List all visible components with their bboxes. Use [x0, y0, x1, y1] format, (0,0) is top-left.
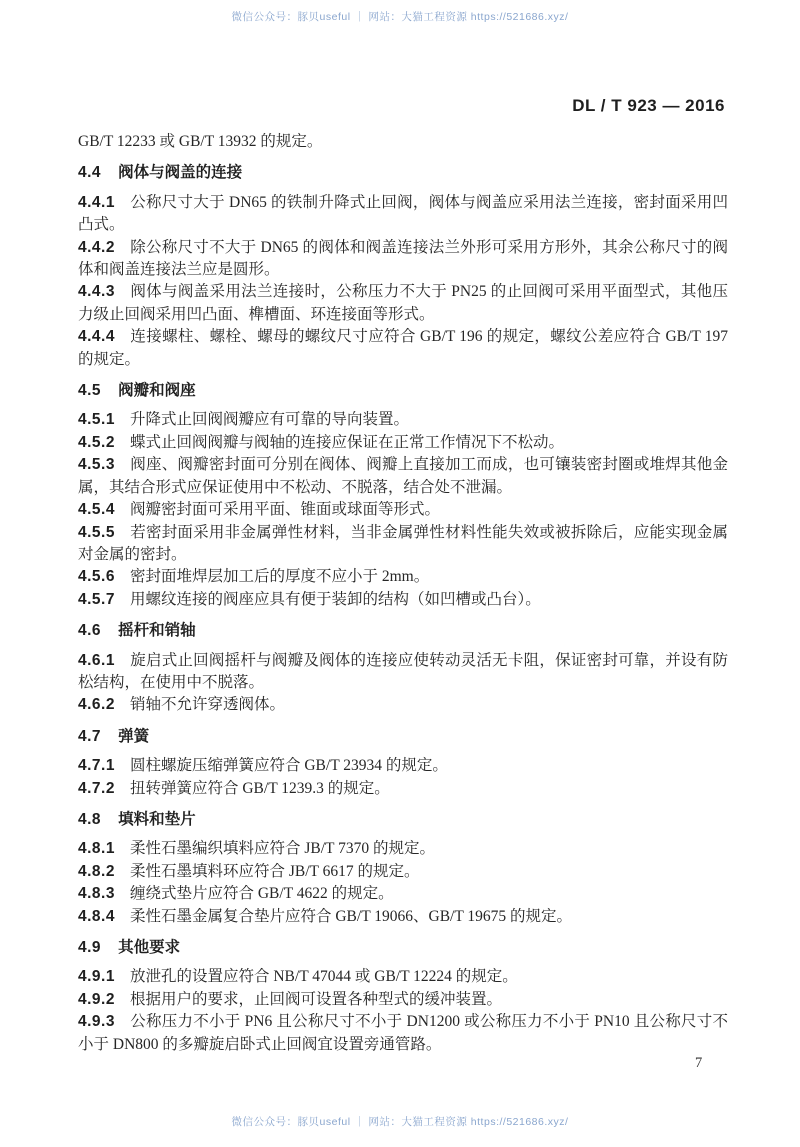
section-title: 其他要求	[118, 939, 180, 956]
clause-text: 旋启式止回阀摇杆与阀瓣及阀体的连接应使转动灵活无卡阻，保证密封可靠，并设有防松结…	[78, 652, 728, 691]
clause-number: 4.9.2	[78, 991, 115, 1008]
clause-number: 4.9.1	[78, 968, 115, 985]
clause: 4.5.6密封面堆焊层加工后的厚度不应小于 2mm。	[78, 566, 728, 588]
clause-number: 4.6.1	[78, 652, 115, 669]
page-number: 7	[695, 1055, 702, 1072]
clause-text: 柔性石墨金属复合垫片应符合 GB/T 19066、GB/T 19675 的规定。	[130, 908, 572, 925]
clause: 4.8.3缠绕式垫片应符合 GB/T 4622 的规定。	[78, 883, 728, 905]
clause-text: 圆柱螺旋压缩弹簧应符合 GB/T 23934 的规定。	[130, 757, 448, 774]
section-heading: 4.4阀体与阀盖的连接	[78, 162, 728, 184]
intro-line: GB/T 12233 或 GB/T 13932 的规定。	[78, 131, 728, 153]
clause: 4.9.2根据用户的要求，止回阀可设置各种型式的缓冲装置。	[78, 989, 728, 1011]
clause-text: 密封面堆焊层加工后的厚度不应小于 2mm。	[130, 568, 429, 585]
clause: 4.5.1升降式止回阀阀瓣应有可靠的导向装置。	[78, 409, 728, 431]
clause-text: 扭转弹簧应符合 GB/T 1239.3 的规定。	[130, 780, 390, 797]
clause-text: 用螺纹连接的阀座应具有便于装卸的结构（如凹槽或凸台）。	[130, 591, 541, 608]
section-number: 4.9	[78, 939, 101, 956]
clause-text: 缠绕式垫片应符合 GB/T 4622 的规定。	[130, 885, 394, 902]
clause-text: 柔性石墨填料环应符合 JB/T 6617 的规定。	[130, 863, 420, 880]
clause-text: 阀座、阀瓣密封面可分别在阀体、阀瓣上直接加工而成，也可镶装密封圈或堆焊其他金属，…	[78, 456, 728, 495]
clause-number: 4.7.2	[78, 780, 115, 797]
clause-number: 4.8.1	[78, 840, 115, 857]
clause: 4.5.2蝶式止回阀阀瓣与阀轴的连接应保证在正常工作情况下不松动。	[78, 432, 728, 454]
section-number: 4.7	[78, 728, 101, 745]
clause: 4.7.1圆柱螺旋压缩弹簧应符合 GB/T 23934 的规定。	[78, 755, 728, 777]
section-number: 4.6	[78, 622, 101, 639]
section-heading: 4.6摇杆和销轴	[78, 620, 728, 642]
clause: 4.5.4阀瓣密封面可采用平面、锥面或球面等形式。	[78, 499, 728, 521]
clause: 4.6.2销轴不允许穿透阀体。	[78, 694, 728, 716]
document-body: GB/T 12233 或 GB/T 13932 的规定。 4.4阀体与阀盖的连接…	[78, 131, 728, 1056]
sections: 4.4阀体与阀盖的连接4.4.1公称尺寸大于 DN65 的铁制升降式止回阀，阀体…	[78, 162, 728, 1056]
clause-number: 4.8.4	[78, 908, 115, 925]
clause-number: 4.8.3	[78, 885, 115, 902]
clause: 4.8.2柔性石墨填料环应符合 JB/T 6617 的规定。	[78, 861, 728, 883]
clause-number: 4.4.1	[78, 194, 115, 211]
clause: 4.9.1放泄孔的设置应符合 NB/T 47044 或 GB/T 12224 的…	[78, 966, 728, 988]
clause-text: 放泄孔的设置应符合 NB/T 47044 或 GB/T 12224 的规定。	[130, 968, 518, 985]
clause-text: 若密封面采用非金属弹性材料，当非金属弹性材料性能失效或被拆除后，应能实现金属对金…	[78, 524, 728, 563]
watermark-bottom: 微信公众号：豚贝useful ｜ 网站：大猫工程资源 https://52168…	[0, 1114, 800, 1129]
clause-number: 4.5.7	[78, 591, 115, 608]
clause: 4.5.5若密封面采用非金属弹性材料，当非金属弹性材料性能失效或被拆除后，应能实…	[78, 522, 728, 567]
clause: 4.6.1旋启式止回阀摇杆与阀瓣及阀体的连接应使转动灵活无卡阻，保证密封可靠，并…	[78, 650, 728, 695]
clause-text: 柔性石墨编织填料应符合 JB/T 7370 的规定。	[130, 840, 435, 857]
clause-text: 蝶式止回阀阀瓣与阀轴的连接应保证在正常工作情况下不松动。	[130, 434, 564, 451]
standard-code: DL / T 923 — 2016	[572, 96, 725, 116]
clause: 4.4.1公称尺寸大于 DN65 的铁制升降式止回阀，阀体与阀盖应采用法兰连接，…	[78, 192, 728, 237]
clause: 4.4.3阀体与阀盖采用法兰连接时，公称压力不大于 PN25 的止回阀可采用平面…	[78, 281, 728, 326]
section-heading: 4.9其他要求	[78, 937, 728, 959]
clause-number: 4.5.1	[78, 411, 115, 428]
clause-number: 4.5.4	[78, 501, 115, 518]
clause-text: 除公称尺寸不大于 DN65 的阀体和阀盖连接法兰外形可采用方形外，其余公称尺寸的…	[78, 239, 728, 278]
clause: 4.4.2除公称尺寸不大于 DN65 的阀体和阀盖连接法兰外形可采用方形外，其余…	[78, 237, 728, 282]
clause: 4.4.4连接螺柱、螺栓、螺母的螺纹尺寸应符合 GB/T 196 的规定，螺纹公…	[78, 326, 728, 371]
clause: 4.7.2扭转弹簧应符合 GB/T 1239.3 的规定。	[78, 778, 728, 800]
section-number: 4.5	[78, 382, 101, 399]
clause: 4.8.4柔性石墨金属复合垫片应符合 GB/T 19066、GB/T 19675…	[78, 906, 728, 928]
section-heading: 4.8填料和垫片	[78, 809, 728, 831]
clause-number: 4.4.2	[78, 239, 115, 256]
section-title: 弹簧	[118, 728, 149, 745]
section-number: 4.4	[78, 164, 101, 181]
section-title: 填料和垫片	[118, 811, 196, 828]
clause-text: 公称尺寸大于 DN65 的铁制升降式止回阀，阀体与阀盖应采用法兰连接，密封面采用…	[78, 194, 728, 233]
clause-number: 4.5.5	[78, 524, 115, 541]
clause-number: 4.5.6	[78, 568, 115, 585]
clause-text: 公称压力不小于 PN6 且公称尺寸不小于 DN1200 或公称压力不小于 PN1…	[78, 1013, 728, 1052]
clause-text: 根据用户的要求，止回阀可设置各种型式的缓冲装置。	[130, 991, 502, 1008]
clause-text: 升降式止回阀阀瓣应有可靠的导向装置。	[130, 411, 409, 428]
clause-text: 销轴不允许穿透阀体。	[130, 696, 285, 713]
clause: 4.8.1柔性石墨编织填料应符合 JB/T 7370 的规定。	[78, 838, 728, 860]
clause-number: 4.5.3	[78, 456, 115, 473]
clause-text: 阀体与阀盖采用法兰连接时，公称压力不大于 PN25 的止回阀可采用平面型式，其他…	[78, 283, 728, 322]
document-page: 微信公众号：豚贝useful ｜ 网站：大猫工程资源 https://52168…	[0, 0, 800, 1147]
clause-number: 4.8.2	[78, 863, 115, 880]
section-heading: 4.5阀瓣和阀座	[78, 380, 728, 402]
section-title: 阀体与阀盖的连接	[118, 164, 242, 181]
watermark-top: 微信公众号：豚贝useful ｜ 网站：大猫工程资源 https://52168…	[0, 9, 800, 24]
clause-number: 4.4.4	[78, 328, 115, 345]
clause-number: 4.5.2	[78, 434, 115, 451]
clause: 4.5.7用螺纹连接的阀座应具有便于装卸的结构（如凹槽或凸台）。	[78, 589, 728, 611]
clause: 4.5.3阀座、阀瓣密封面可分别在阀体、阀瓣上直接加工而成，也可镶装密封圈或堆焊…	[78, 454, 728, 499]
clause: 4.9.3公称压力不小于 PN6 且公称尺寸不小于 DN1200 或公称压力不小…	[78, 1011, 728, 1056]
section-title: 摇杆和销轴	[118, 622, 196, 639]
clause-number: 4.4.3	[78, 283, 115, 300]
clause-text: 阀瓣密封面可采用平面、锥面或球面等形式。	[130, 501, 440, 518]
clause-number: 4.6.2	[78, 696, 115, 713]
clause-number: 4.9.3	[78, 1013, 115, 1030]
clause-number: 4.7.1	[78, 757, 115, 774]
clause-text: 连接螺柱、螺栓、螺母的螺纹尺寸应符合 GB/T 196 的规定，螺纹公差应符合 …	[78, 328, 728, 367]
section-heading: 4.7弹簧	[78, 726, 728, 748]
section-title: 阀瓣和阀座	[118, 382, 196, 399]
section-number: 4.8	[78, 811, 101, 828]
